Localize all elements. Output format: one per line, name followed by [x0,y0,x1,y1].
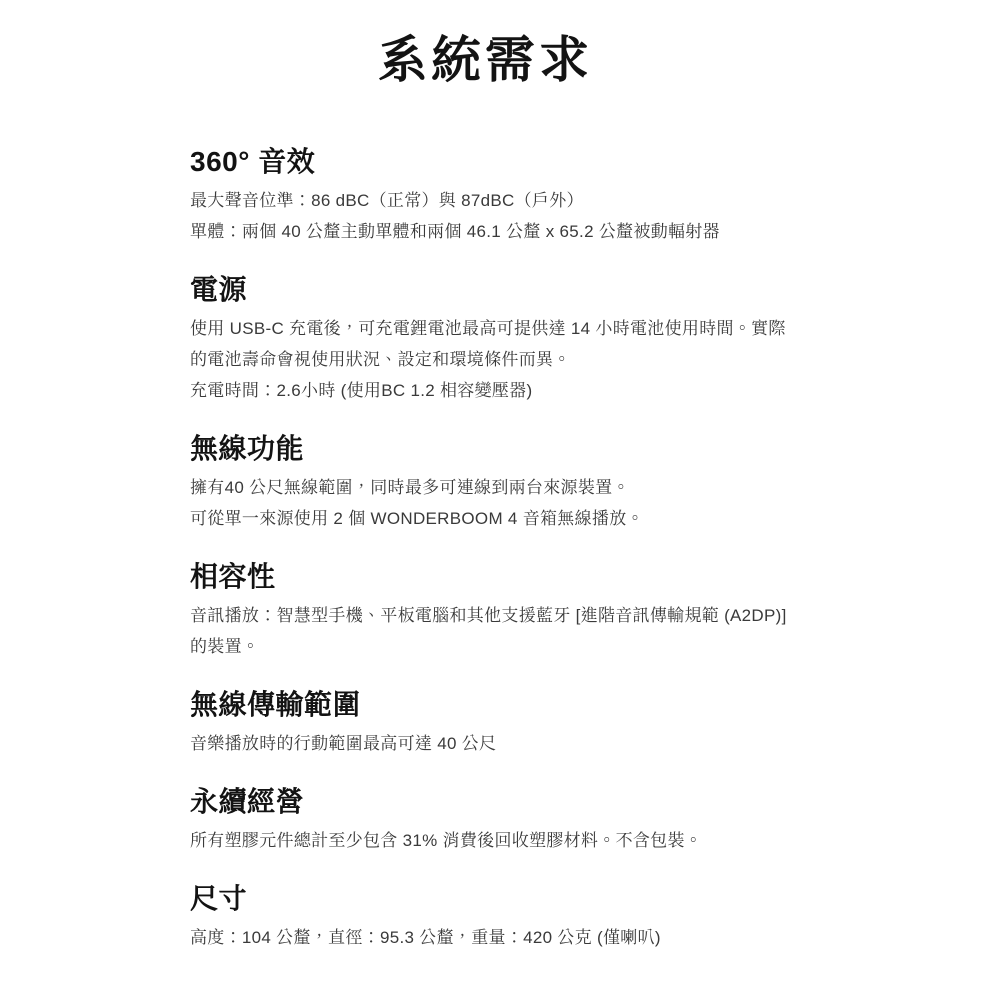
section-compatibility: 相容性 音訊播放：智慧型手機、平板電腦和其他支援藍牙 [進階音訊傳輸規範 (A2… [190,560,830,662]
section-wireless-range: 無線傳輸範圍 音樂播放時的行動範圍最高可達 40 公尺 [190,688,830,759]
spec-line: 最大聲音位準：86 dBC（正常）與 87dBC（戶外） [190,185,830,216]
spec-line: 單體：兩個 40 公釐主動單體和兩個 46.1 公釐 x 65.2 公釐被動輻射… [190,216,830,247]
section-sustainability: 永續經營 所有塑膠元件總計至少包含 31% 消費後回收塑膠材料。不含包裝。 [190,785,830,856]
section-heading: 相容性 [190,560,830,594]
spec-line: 的裝置。 [190,631,830,662]
section-heading: 永續經營 [190,785,830,819]
section-heading: 無線傳輸範圍 [190,688,830,722]
section-360-audio: 360° 音效 最大聲音位準：86 dBC（正常）與 87dBC（戶外） 單體：… [190,145,830,247]
spec-line: 使用 USB-C 充電後，可充電鋰電池最高可提供達 14 小時電池使用時間。實際 [190,313,830,344]
spec-line: 音樂播放時的行動範圍最高可達 40 公尺 [190,728,830,759]
spec-line: 的電池壽命會視使用狀況、設定和環境條件而異。 [190,344,830,375]
section-wireless-features: 無線功能 擁有40 公尺無線範圍，同時最多可連線到兩台來源裝置。 可從單一來源使… [190,432,830,534]
spec-line: 充電時間：2.6小時 (使用BC 1.2 相容變壓器) [190,375,830,406]
spec-line: 音訊播放：智慧型手機、平板電腦和其他支援藍牙 [進階音訊傳輸規範 (A2DP)] [190,600,830,631]
page-title: 系統需求 [0,0,970,89]
spec-line: 可從單一來源使用 2 個 WONDERBOOM 4 音箱無線播放。 [190,503,830,534]
spec-content: 360° 音效 最大聲音位準：86 dBC（正常）與 87dBC（戶外） 單體：… [190,145,830,953]
section-heading: 電源 [190,273,830,307]
spec-line: 高度：104 公釐，直徑：95.3 公釐，重量：420 公克 (僅喇叭) [190,922,830,953]
section-dimensions: 尺寸 高度：104 公釐，直徑：95.3 公釐，重量：420 公克 (僅喇叭) [190,882,830,953]
section-heading: 無線功能 [190,432,830,466]
spec-page: 系統需求 360° 音效 最大聲音位準：86 dBC（正常）與 87dBC（戶外… [0,0,1000,1000]
section-heading: 360° 音效 [190,145,830,179]
spec-line: 所有塑膠元件總計至少包含 31% 消費後回收塑膠材料。不含包裝。 [190,825,830,856]
spec-line: 擁有40 公尺無線範圍，同時最多可連線到兩台來源裝置。 [190,472,830,503]
section-heading: 尺寸 [190,882,830,916]
section-power: 電源 使用 USB-C 充電後，可充電鋰電池最高可提供達 14 小時電池使用時間… [190,273,830,406]
